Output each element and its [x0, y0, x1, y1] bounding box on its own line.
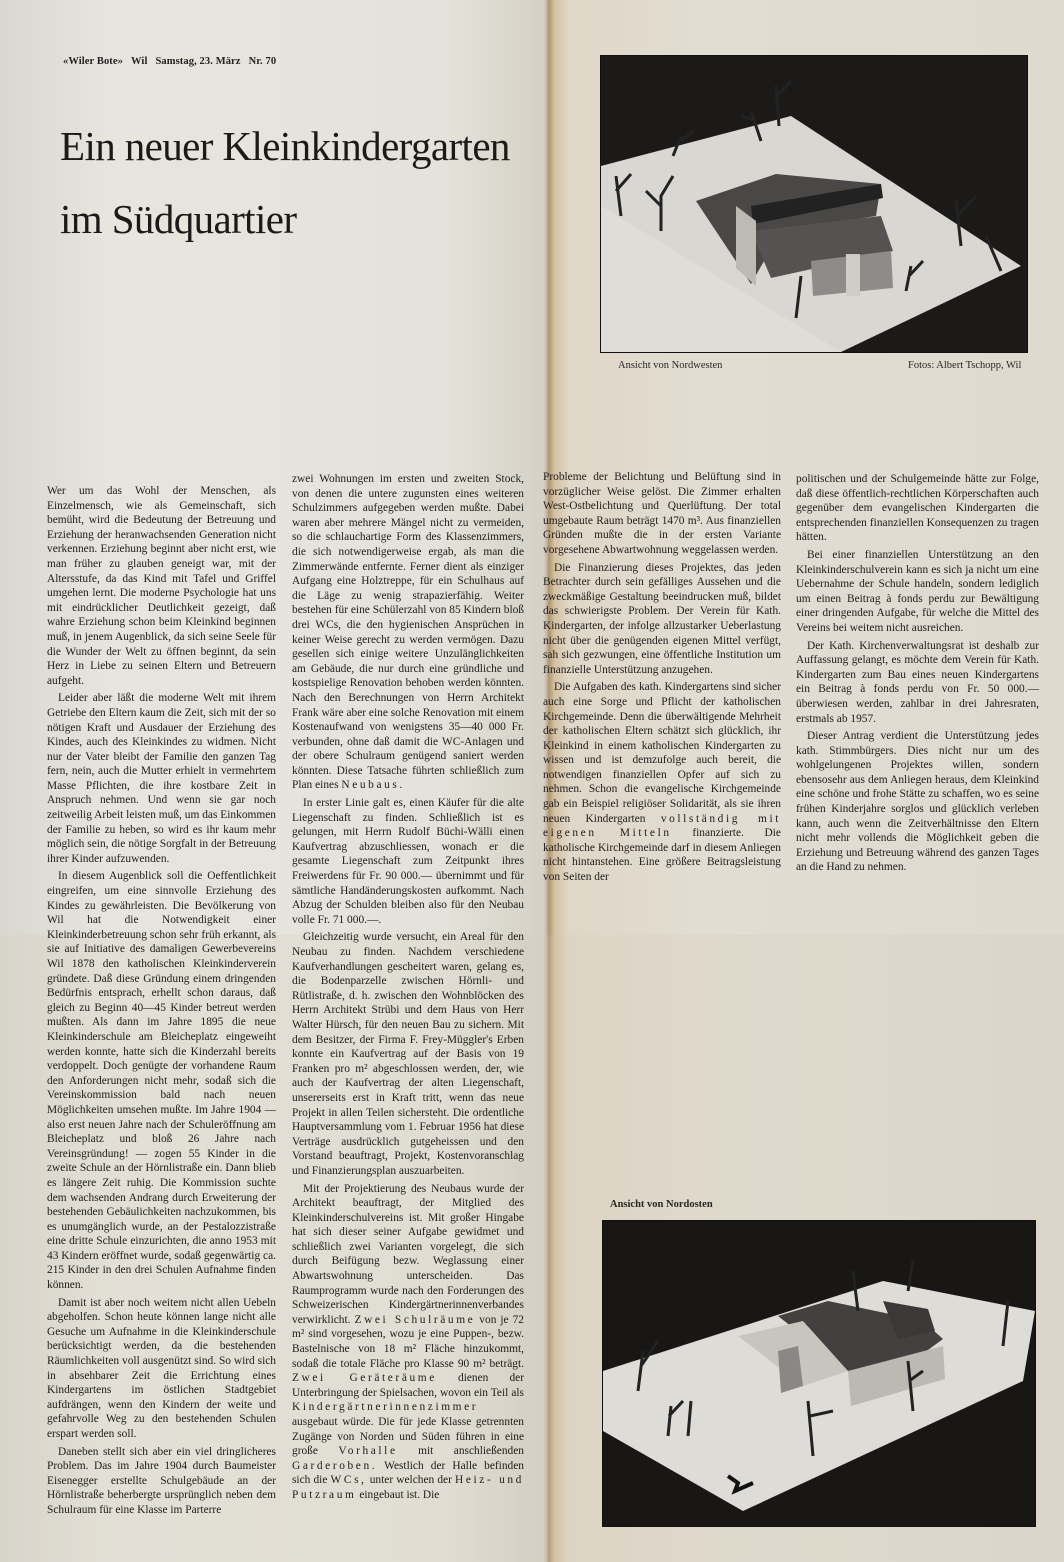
article-column-1: Wer um das Wohl der Menschen, als Einzel…	[47, 484, 276, 1521]
headline-line-1: Ein neuer Kleinkindergarten	[60, 123, 510, 169]
issue-number: Nr. 70	[249, 56, 277, 67]
paragraph: Die Finanzierung dieses Projektes, das j…	[543, 561, 781, 678]
paragraph: Der Kath. Kirchenverwaltungsrat ist desh…	[796, 639, 1039, 727]
article-column-3: Probleme der Belichtung und Belüftung si…	[543, 470, 781, 888]
photo-caption: Ansicht von Nordosten	[610, 1199, 713, 1210]
architectural-model-photo-icon	[602, 1220, 1036, 1527]
photo-credit: Fotos: Albert Tschopp, Wil	[908, 360, 1021, 371]
headline-line-2: im Südquartier	[60, 196, 296, 242]
article-column-4: politischen und der Schulgemeinde hätte …	[796, 472, 1039, 878]
paragraph: Probleme der Belichtung und Belüftung si…	[543, 470, 781, 558]
text: zwei Wohnungen im ersten und zweiten Sto…	[292, 473, 524, 791]
text: unter welchen der	[370, 1474, 452, 1486]
paragraph: Damit ist aber noch weitem nicht allen U…	[47, 1296, 276, 1442]
emphasized-text: WCs,	[331, 1474, 367, 1486]
emphasized-text: Garderoben.	[292, 1460, 377, 1472]
emphasized-text: Vorhalle	[338, 1445, 397, 1457]
photo-caption: Ansicht von Nordwesten	[618, 360, 722, 371]
paragraph: Dieser Antrag verdient die Unterstützung…	[796, 729, 1039, 875]
paragraph: Wer um das Wohl der Menschen, als Einzel…	[47, 484, 276, 688]
text: Mit der Projektierung des Neubaus wurde …	[292, 1183, 524, 1326]
article-column-2: zwei Wohnungen im ersten und zweiten Sto…	[292, 472, 524, 1506]
paragraph: politischen und der Schulgemeinde hätte …	[796, 472, 1039, 545]
paragraph: Die Aufgaben des kath. Kindergartens sin…	[543, 680, 781, 884]
paragraph: Daneben stellt sich aber ein viel dringl…	[47, 1445, 276, 1518]
emphasized-text: Kindergärtnerinnenzimmer	[292, 1401, 478, 1413]
newspaper-name: «Wiler Bote»	[63, 56, 123, 67]
text: Die Aufgaben des kath. Kindergartens sin…	[543, 681, 781, 824]
paragraph: Bei einer finanziellen Unterstützung an …	[796, 548, 1039, 636]
issue-date: Samstag, 23. März	[155, 56, 240, 67]
paragraph: Leider aber läßt die moderne Welt mit ih…	[47, 691, 276, 866]
masthead: «Wiler Bote»WilSamstag, 23. MärzNr. 70	[63, 56, 284, 67]
paragraph: In diesem Augenblick soll die Oeffentlic…	[47, 869, 276, 1292]
text: mit anschließenden	[418, 1445, 524, 1457]
emphasized-text: Zwei Schulräume	[355, 1314, 476, 1326]
paragraph: Gleichzeitig wurde versucht, ein Areal f…	[292, 930, 524, 1178]
emphasized-text: Neubaus.	[341, 779, 405, 791]
paragraph: zwei Wohnungen im ersten und zweiten Sto…	[292, 472, 524, 793]
paragraph: Mit der Projektierung des Neubaus wurde …	[292, 1182, 524, 1503]
emphasized-text: Zwei Geräteräume	[292, 1372, 437, 1384]
paragraph: In erster Linie galt es, einen Käufer fü…	[292, 796, 524, 927]
headline: Ein neuer Kleinkindergarten im Südquarti…	[60, 110, 590, 256]
newspaper-place: Wil	[131, 56, 147, 67]
text: eingebaut ist. Die	[359, 1489, 439, 1501]
architectural-model-photo-icon	[600, 55, 1028, 353]
